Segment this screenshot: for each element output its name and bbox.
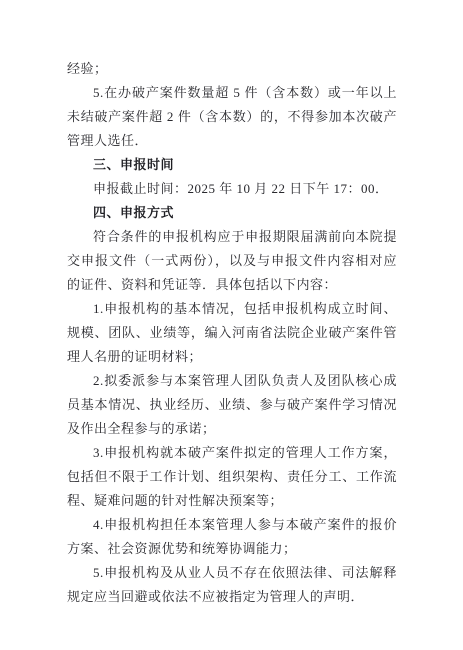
section-heading: 三、申报时间 (67, 153, 397, 177)
paragraph: 5.申报机构及从业人员不存在依照法律、司法解释规定应当回避或依法不应被指定为管理… (67, 561, 397, 609)
paragraph: 经验； (67, 57, 397, 81)
paragraph: 4.申报机构担任本案管理人参与本破产案件的报价方案、社会资源优势和统筹协调能力； (67, 513, 397, 561)
document-page: 经验；5.在办破产案件数量超 5 件（含本数）或一年以上未结破产案件超 2 件（… (0, 0, 463, 650)
document-body: 经验；5.在办破产案件数量超 5 件（含本数）或一年以上未结破产案件超 2 件（… (67, 57, 397, 609)
paragraph: 符合条件的申报机构应于申报期限届满前向本院提交申报文件（一式两份），以及与申报文… (67, 225, 397, 297)
paragraph: 3.申报机构就本破产案件拟定的管理人工作方案，包括但不限于工作计划、组织架构、责… (67, 441, 397, 513)
section-heading: 四、申报方式 (67, 201, 397, 225)
paragraph: 5.在办破产案件数量超 5 件（含本数）或一年以上未结破产案件超 2 件（含本数… (67, 81, 397, 153)
paragraph: 申报截止时间：2025 年 10 月 22 日下午 17：00． (67, 177, 397, 201)
paragraph: 2.拟委派参与本案管理人团队负责人及团队核心成员基本情况、执业经历、业绩、参与破… (67, 369, 397, 441)
paragraph: 1.申报机构的基本情况，包括申报机构成立时间、规模、团队、业绩等，编入河南省法院… (67, 297, 397, 369)
